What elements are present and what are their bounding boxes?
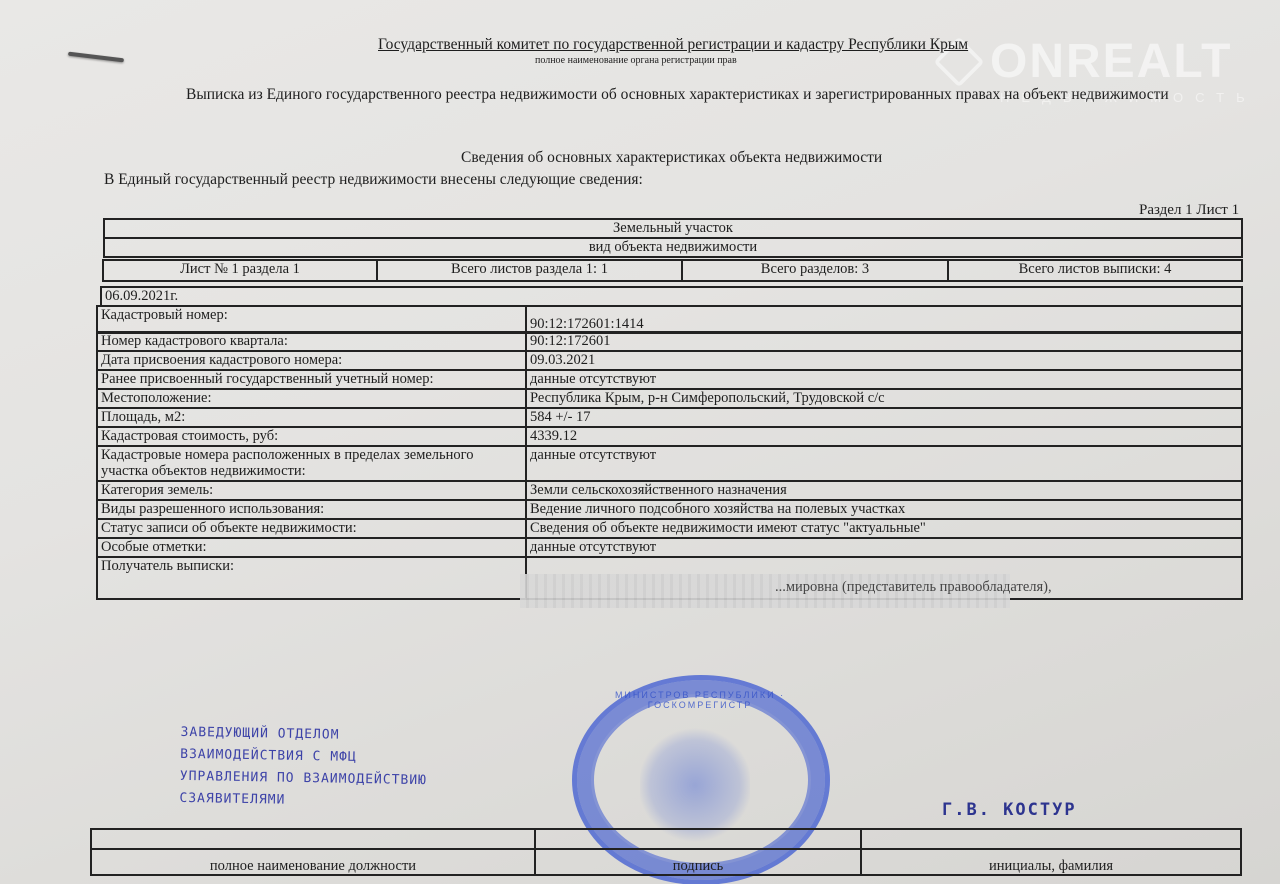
row-value: 09.03.2021 xyxy=(526,351,1242,370)
row-label: Виды разрешенного использования: xyxy=(97,500,526,519)
sections-total: Всего разделов: 3 xyxy=(682,260,948,281)
table-row: Местоположение:Республика Крым, р-н Симф… xyxy=(97,389,1242,408)
coat-of-arms-icon xyxy=(640,725,750,845)
row-value: данные отсутствуют xyxy=(526,446,1242,481)
table-row: Номер кадастрового квартала:90:12:172601 xyxy=(97,332,1242,351)
sheet-number: Лист № 1 раздела 1 xyxy=(103,260,377,281)
extract-sheets-total: Всего листов выписки: 4 xyxy=(948,260,1242,281)
row-label: Статус записи об объекте недвижимости: xyxy=(97,519,526,538)
position-caption: полное наименование должности xyxy=(91,849,535,875)
row-label: Кадастровые номера расположенных в преде… xyxy=(97,446,526,481)
row-label: Ранее присвоенный государственный учетны… xyxy=(97,370,526,389)
table-row: Кадастровые номера расположенных в преде… xyxy=(97,446,1242,481)
cadastral-number-label: Кадастровый номер: xyxy=(97,306,526,333)
row-label: Дата присвоения кадастрового номера: xyxy=(97,351,526,370)
watermark-brand: ONREALT xyxy=(990,34,1232,89)
object-type: Земельный участок xyxy=(104,219,1242,238)
stamp-line: СЗАЯВИТЕЛЯМИ xyxy=(179,788,427,814)
organization-caption: полное наименование органа регистрации п… xyxy=(535,55,737,66)
sheets-table: Лист № 1 раздела 1 Всего листов раздела … xyxy=(102,259,1243,282)
staple-icon xyxy=(68,52,124,63)
position-stamp: ЗАВЕДУЮЩИЙ ОТДЕЛОМ ВЗАИМОДЕЙСТВИЯ С МФЦ … xyxy=(179,722,428,814)
section-title: Сведения об основных характеристиках объ… xyxy=(461,149,882,167)
row-value: Сведения об объекте недвижимости имеют с… xyxy=(526,519,1242,538)
table-row: Виды разрешенного использования:Ведение … xyxy=(97,500,1242,519)
section-sheets-total: Всего листов раздела 1: 1 xyxy=(377,260,682,281)
date-table: 06.09.2021г. xyxy=(100,286,1243,307)
document-title: Выписка из Единого государственного реес… xyxy=(186,86,1169,104)
row-label: Категория земель: xyxy=(97,481,526,500)
row-label: Номер кадастрового квартала: xyxy=(97,332,526,351)
row-value: Республика Крым, р-н Симферопольский, Тр… xyxy=(526,389,1242,408)
name-caption: инициалы, фамилия xyxy=(861,849,1241,875)
position-cell xyxy=(91,829,535,849)
signatory-name: Г.В. КОСТУР xyxy=(942,800,1077,820)
signature-caption: подпись xyxy=(535,849,861,875)
signature-table: полное наименование должности подпись ин… xyxy=(90,828,1242,876)
cadastral-number-value: 90:12:172601:1414 xyxy=(526,306,1242,333)
cadastral-number-table: Кадастровый номер: 90:12:172601:1414 xyxy=(96,305,1243,334)
intro-text: В Единый государственный реестр недвижим… xyxy=(104,171,643,189)
row-value: 4339.12 xyxy=(526,427,1242,446)
row-label: Кадастровая стоимость, руб: xyxy=(97,427,526,446)
table-row: Кадастровая стоимость, руб:4339.12 xyxy=(97,427,1242,446)
recipient-partial: ...мировна (представитель правообладател… xyxy=(775,579,1052,596)
row-label: Площадь, м2: xyxy=(97,408,526,427)
table-row: Особые отметки:данные отсутствуют xyxy=(97,538,1242,557)
table-row: Ранее присвоенный государственный учетны… xyxy=(97,370,1242,389)
section-sheet-label: Раздел 1 Лист 1 xyxy=(1139,202,1239,219)
object-type-caption: вид объекта недвижимости xyxy=(104,238,1242,257)
seal-text: МИНИСТРОВ РЕСПУБЛИКИ · ГОСКОМРЕГИСТР xyxy=(600,690,800,710)
extract-date: 06.09.2021г. xyxy=(101,287,1242,306)
table-row: Дата присвоения кадастрового номера:09.0… xyxy=(97,351,1242,370)
object-type-table: Земельный участок вид объекта недвижимос… xyxy=(103,218,1243,258)
table-row: Площадь, м2:584 +/- 17 xyxy=(97,408,1242,427)
signature-cell xyxy=(535,829,861,849)
organization-name: Государственный комитет по государственн… xyxy=(378,36,968,54)
row-value: Земли сельскохозяйственного назначения xyxy=(526,481,1242,500)
name-cell xyxy=(861,829,1241,849)
table-row: Категория земель:Земли сельскохозяйствен… xyxy=(97,481,1242,500)
row-value: 90:12:172601 xyxy=(526,332,1242,351)
row-value: 584 +/- 17 xyxy=(526,408,1242,427)
characteristics-table: Номер кадастрового квартала:90:12:172601… xyxy=(96,331,1243,600)
row-value: Ведение личного подсобного хозяйства на … xyxy=(526,500,1242,519)
table-row: Статус записи об объекте недвижимости:Св… xyxy=(97,519,1242,538)
row-label: Местоположение: xyxy=(97,389,526,408)
row-label: Получатель выписки: xyxy=(97,557,526,599)
row-label: Особые отметки: xyxy=(97,538,526,557)
row-value: данные отсутствуют xyxy=(526,370,1242,389)
row-value: данные отсутствуют xyxy=(526,538,1242,557)
